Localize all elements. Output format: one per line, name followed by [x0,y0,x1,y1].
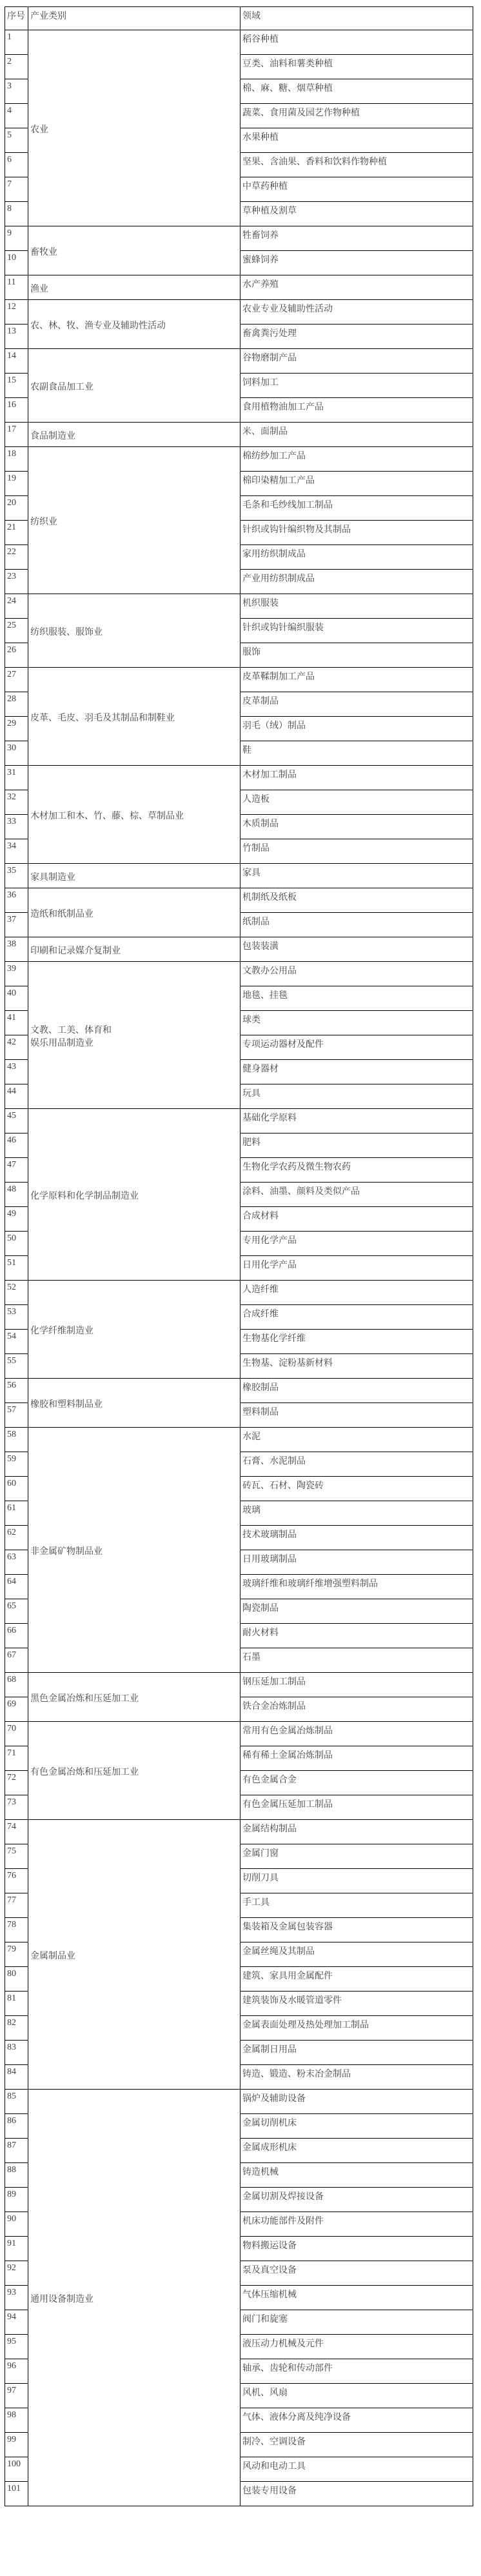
field-cell: 金属成形机床 [240,2139,473,2163]
field-cell: 米、面制品 [240,423,473,447]
serial-number-cell: 17 [5,423,28,447]
serial-number-cell: 74 [5,1820,28,1844]
field-cell: 棉、麻、糖、烟草种植 [240,79,473,104]
table-row: 58非金属矿物制品业水泥 [5,1428,473,1452]
field-cell: 技术玻璃制品 [240,1526,473,1550]
serial-number-cell: 59 [5,1452,28,1477]
serial-number-cell: 83 [5,2041,28,2065]
field-cell: 生物基、淀粉基新材料 [240,1354,473,1379]
serial-number-cell: 42 [5,1035,28,1060]
serial-number-cell: 31 [5,766,28,790]
field-cell: 包装装潢 [240,937,473,962]
column-header-industry-category: 产业类别 [28,7,240,30]
serial-number-cell: 25 [5,619,28,643]
serial-number-cell: 56 [5,1379,28,1403]
serial-number-cell: 10 [5,251,28,275]
field-cell: 玻璃纤维和玻璃纤维增强塑料制品 [240,1575,473,1599]
serial-number-cell: 51 [5,1256,28,1281]
field-cell: 金属切割及焊接设备 [240,2188,473,2212]
serial-number-cell: 14 [5,349,28,374]
serial-number-cell: 6 [5,153,28,177]
industry-category-cell: 通用设备制造业 [28,2090,240,2506]
table-row: 1农业稻谷种植 [5,30,473,55]
table-row: 68黑色金属冶炼和压延加工业钢压延加工制品 [5,1673,473,1697]
serial-number-cell: 16 [5,398,28,423]
field-cell: 球类 [240,1011,473,1035]
industry-category-cell: 印刷和记录媒介复制业 [28,937,240,962]
serial-number-cell: 32 [5,790,28,815]
column-header-serial-number: 序号 [5,7,28,30]
industry-category-table: 序号 产业类别 领域 1农业稻谷种植2豆类、油料和薯类种植3棉、麻、糖、烟草种植… [5,6,473,2506]
serial-number-cell: 77 [5,1893,28,1918]
industry-category-cell: 食品制造业 [28,423,240,447]
field-cell: 有色金属压延加工制品 [240,1795,473,1820]
field-cell: 人造板 [240,790,473,815]
field-cell: 水产养殖 [240,275,473,300]
field-cell: 棉印染精加工产品 [240,472,473,496]
serial-number-cell: 54 [5,1330,28,1354]
serial-number-cell: 101 [5,2482,28,2506]
table-row: 17食品制造业米、面制品 [5,423,473,447]
field-cell: 物料搬运设备 [240,2237,473,2261]
industry-category-cell: 纺织服装、服饰业 [28,594,240,668]
serial-number-cell: 4 [5,104,28,128]
field-cell: 合成纤维 [240,1305,473,1330]
serial-number-cell: 41 [5,1011,28,1035]
field-cell: 金属丝绳及其制品 [240,1942,473,1967]
field-cell: 农业专业及辅助性活动 [240,300,473,324]
field-cell: 专项运动器材及配件 [240,1035,473,1060]
field-cell: 基础化学原料 [240,1109,473,1133]
serial-number-cell: 91 [5,2237,28,2261]
industry-category-cell: 化学原料和化学制品制造业 [28,1109,240,1281]
serial-number-cell: 20 [5,496,28,521]
field-cell: 地毯、挂毯 [240,986,473,1011]
serial-number-cell: 19 [5,472,28,496]
industry-category-cell: 农副食品加工业 [28,349,240,423]
industry-category-cell: 渔业 [28,275,240,300]
industry-category-cell: 农、林、牧、渔专业及辅助性活动 [28,300,240,349]
field-cell: 液压动力机械及元件 [240,2335,473,2359]
field-cell: 木材加工制品 [240,766,473,790]
serial-number-cell: 45 [5,1109,28,1133]
serial-number-cell: 33 [5,815,28,839]
field-cell: 食用植物油加工产品 [240,398,473,423]
field-cell: 石墨 [240,1648,473,1673]
serial-number-cell: 12 [5,300,28,324]
serial-number-cell: 15 [5,374,28,398]
table-row: 14农副食品加工业谷物磨制产品 [5,349,473,374]
field-cell: 产业用纺织制成品 [240,570,473,594]
table-row: 24纺织服装、服饰业机织服装 [5,594,473,619]
field-cell: 纸制品 [240,913,473,937]
field-cell: 制冷、空调设备 [240,2433,473,2457]
field-cell: 耐火材料 [240,1624,473,1648]
serial-number-cell: 46 [5,1133,28,1158]
serial-number-cell: 90 [5,2212,28,2237]
table-row: 45化学原料和化学制品制造业基础化学原料 [5,1109,473,1133]
serial-number-cell: 72 [5,1771,28,1795]
serial-number-cell: 36 [5,888,28,913]
field-cell: 铸造机械 [240,2163,473,2188]
serial-number-cell: 65 [5,1599,28,1624]
field-cell: 人造纤维 [240,1281,473,1305]
field-cell: 家具 [240,864,473,888]
serial-number-cell: 49 [5,1207,28,1232]
field-cell: 铸造、锻造、粉末冶金制品 [240,2065,473,2090]
table-row: 35家具制造业家具 [5,864,473,888]
field-cell: 豆类、油料和薯类种植 [240,55,473,79]
field-cell: 金属切削机床 [240,2114,473,2139]
field-cell: 阀门和旋塞 [240,2310,473,2335]
field-cell: 切削刀具 [240,1869,473,1893]
field-cell: 水果种植 [240,128,473,153]
field-cell: 皮革制品 [240,692,473,717]
serial-number-cell: 97 [5,2384,28,2408]
serial-number-cell: 81 [5,1992,28,2016]
serial-number-cell: 58 [5,1428,28,1452]
serial-number-cell: 82 [5,2016,28,2041]
serial-number-cell: 85 [5,2090,28,2114]
serial-number-cell: 89 [5,2188,28,2212]
serial-number-cell: 98 [5,2408,28,2433]
table-row: 18纺织业棉纺纱加工产品 [5,447,473,472]
field-cell: 机制纸及纸板 [240,888,473,913]
serial-number-cell: 50 [5,1232,28,1256]
serial-number-cell: 67 [5,1648,28,1673]
serial-number-cell: 57 [5,1403,28,1428]
field-cell: 气体、液体分离及纯净设备 [240,2408,473,2433]
table-row: 52化学纤维制造业人造纤维 [5,1281,473,1305]
field-cell: 畜禽粪污处理 [240,324,473,349]
industry-category-cell: 畜牧业 [28,226,240,275]
field-cell: 专用化学产品 [240,1232,473,1256]
serial-number-cell: 79 [5,1942,28,1967]
serial-number-cell: 5 [5,128,28,153]
serial-number-cell: 21 [5,521,28,545]
industry-category-cell: 文教、工美、体育和 娱乐用品制造业 [28,962,240,1109]
serial-number-cell: 27 [5,668,28,692]
field-cell: 坚果、含油果、香料和饮料作物种植 [240,153,473,177]
serial-number-cell: 34 [5,839,28,864]
industry-category-cell: 造纸和纸制品业 [28,888,240,937]
field-cell: 建筑、家具用金属配件 [240,1967,473,1992]
serial-number-cell: 96 [5,2359,28,2384]
table-row: 74金属制品业金属结构制品 [5,1820,473,1844]
field-cell: 建筑装饰及水暖管道零件 [240,1992,473,2016]
serial-number-cell: 44 [5,1084,28,1109]
serial-number-cell: 11 [5,275,28,300]
serial-number-cell: 63 [5,1550,28,1575]
serial-number-cell: 29 [5,717,28,741]
serial-number-cell: 1 [5,30,28,55]
field-cell: 针织或钩针编织服装 [240,619,473,643]
serial-number-cell: 99 [5,2433,28,2457]
field-cell: 针织或钩针编织物及其制品 [240,521,473,545]
field-cell: 肥料 [240,1133,473,1158]
field-cell: 木质制品 [240,815,473,839]
table-row: 85通用设备制造业锅炉及辅助设备 [5,2090,473,2114]
field-cell: 集装箱及金属包装容器 [240,1918,473,1942]
field-cell: 风机、风扇 [240,2384,473,2408]
serial-number-cell: 55 [5,1354,28,1379]
serial-number-cell: 71 [5,1746,28,1771]
field-cell: 蔬菜、食用菌及园艺作物种植 [240,104,473,128]
industry-category-cell: 纺织业 [28,447,240,594]
serial-number-cell: 9 [5,226,28,251]
header-row: 序号 产业类别 领域 [5,7,473,30]
industry-category-cell: 家具制造业 [28,864,240,888]
field-cell: 手工具 [240,1893,473,1918]
field-cell: 金属结构制品 [240,1820,473,1844]
serial-number-cell: 95 [5,2335,28,2359]
serial-number-cell: 24 [5,594,28,619]
serial-number-cell: 64 [5,1575,28,1599]
field-cell: 钢压延加工制品 [240,1673,473,1697]
table-row: 11渔业水产养殖 [5,275,473,300]
field-cell: 日用玻璃制品 [240,1550,473,1575]
serial-number-cell: 52 [5,1281,28,1305]
field-cell: 日用化学产品 [240,1256,473,1281]
table-row: 70有色金属冶炼和压延加工业常用有色金属冶炼制品 [5,1722,473,1746]
serial-number-cell: 66 [5,1624,28,1648]
serial-number-cell: 22 [5,545,28,570]
serial-number-cell: 69 [5,1697,28,1722]
serial-number-cell: 43 [5,1060,28,1084]
field-cell: 气体压缩机械 [240,2286,473,2310]
serial-number-cell: 62 [5,1526,28,1550]
field-cell: 锅炉及辅助设备 [240,2090,473,2114]
industry-category-cell: 皮革、毛皮、羽毛及其制品和制鞋业 [28,668,240,766]
field-cell: 合成材料 [240,1207,473,1232]
serial-number-cell: 48 [5,1183,28,1207]
field-cell: 风动和电动工具 [240,2457,473,2482]
serial-number-cell: 60 [5,1477,28,1501]
field-cell: 健身器材 [240,1060,473,1084]
table-row: 12农、林、牧、渔专业及辅助性活动农业专业及辅助性活动 [5,300,473,324]
field-cell: 塑料制品 [240,1403,473,1428]
serial-number-cell: 53 [5,1305,28,1330]
field-cell: 生物化学农药及微生物农药 [240,1158,473,1183]
serial-number-cell: 78 [5,1918,28,1942]
field-cell: 稀有稀土金属冶炼制品 [240,1746,473,1771]
industry-category-cell: 木材加工和木、竹、藤、棕、草制品业 [28,766,240,864]
serial-number-cell: 75 [5,1844,28,1869]
table-row: 31木材加工和木、竹、藤、棕、草制品业木材加工制品 [5,766,473,790]
field-cell: 机床功能部件及附件 [240,2212,473,2237]
field-cell: 金属表面处理及热处理加工制品 [240,2016,473,2041]
serial-number-cell: 70 [5,1722,28,1746]
table-row: 39文教、工美、体育和 娱乐用品制造业文教办公用品 [5,962,473,986]
industry-category-cell: 农业 [28,30,240,226]
field-cell: 涂料、油墨、颜料及类似产品 [240,1183,473,1207]
serial-number-cell: 8 [5,202,28,226]
industry-category-cell: 化学纤维制造业 [28,1281,240,1379]
serial-number-cell: 76 [5,1869,28,1893]
field-cell: 轴承、齿轮和传动部件 [240,2359,473,2384]
serial-number-cell: 7 [5,177,28,202]
industry-category-cell: 金属制品业 [28,1820,240,2090]
table-row: 9畜牧业牲畜饲养 [5,226,473,251]
serial-number-cell: 88 [5,2163,28,2188]
field-cell: 金属门窗 [240,1844,473,1869]
field-cell: 饲料加工 [240,374,473,398]
serial-number-cell: 100 [5,2457,28,2482]
field-cell: 稻谷种植 [240,30,473,55]
field-cell: 陶瓷制品 [240,1599,473,1624]
field-cell: 泵及真空设备 [240,2261,473,2286]
field-cell: 草种植及割草 [240,202,473,226]
field-cell: 玩具 [240,1084,473,1109]
serial-number-cell: 94 [5,2310,28,2335]
table-row: 38印刷和记录媒介复制业包装装潢 [5,937,473,962]
serial-number-cell: 47 [5,1158,28,1183]
serial-number-cell: 61 [5,1501,28,1526]
serial-number-cell: 38 [5,937,28,962]
serial-number-cell: 73 [5,1795,28,1820]
serial-number-cell: 2 [5,55,28,79]
field-cell: 羽毛（绒）制品 [240,717,473,741]
column-header-field: 领域 [240,7,473,30]
field-cell: 生物基化学纤维 [240,1330,473,1354]
field-cell: 铁合金冶炼制品 [240,1697,473,1722]
serial-number-cell: 87 [5,2139,28,2163]
serial-number-cell: 13 [5,324,28,349]
field-cell: 金属制日用品 [240,2041,473,2065]
field-cell: 牲畜饲养 [240,226,473,251]
serial-number-cell: 92 [5,2261,28,2286]
field-cell: 砖瓦、石材、陶瓷砖 [240,1477,473,1501]
field-cell: 竹制品 [240,839,473,864]
serial-number-cell: 86 [5,2114,28,2139]
field-cell: 皮革鞣制加工产品 [240,668,473,692]
serial-number-cell: 3 [5,79,28,104]
industry-category-cell: 橡胶和塑料制品业 [28,1379,240,1428]
field-cell: 橡胶制品 [240,1379,473,1403]
serial-number-cell: 40 [5,986,28,1011]
field-cell: 玻璃 [240,1501,473,1526]
field-cell: 家用纺织制成品 [240,545,473,570]
serial-number-cell: 28 [5,692,28,717]
serial-number-cell: 30 [5,741,28,766]
serial-number-cell: 93 [5,2286,28,2310]
field-cell: 包装专用设备 [240,2482,473,2506]
serial-number-cell: 80 [5,1967,28,1992]
field-cell: 机织服装 [240,594,473,619]
serial-number-cell: 35 [5,864,28,888]
field-cell: 鞋 [240,741,473,766]
field-cell: 毛条和毛纱线加工制品 [240,496,473,521]
table-row: 56橡胶和塑料制品业橡胶制品 [5,1379,473,1403]
serial-number-cell: 39 [5,962,28,986]
serial-number-cell: 26 [5,643,28,668]
field-cell: 谷物磨制产品 [240,349,473,374]
field-cell: 文教办公用品 [240,962,473,986]
serial-number-cell: 84 [5,2065,28,2090]
serial-number-cell: 37 [5,913,28,937]
industry-category-cell: 黑色金属冶炼和压延加工业 [28,1673,240,1722]
serial-number-cell: 23 [5,570,28,594]
serial-number-cell: 18 [5,447,28,472]
table-row: 36造纸和纸制品业机制纸及纸板 [5,888,473,913]
field-cell: 常用有色金属冶炼制品 [240,1722,473,1746]
field-cell: 水泥 [240,1428,473,1452]
field-cell: 有色金属合金 [240,1771,473,1795]
field-cell: 中草药种植 [240,177,473,202]
field-cell: 蜜蜂饲养 [240,251,473,275]
field-cell: 石膏、水泥制品 [240,1452,473,1477]
field-cell: 棉纺纱加工产品 [240,447,473,472]
industry-category-cell: 有色金属冶炼和压延加工业 [28,1722,240,1820]
industry-category-cell: 非金属矿物制品业 [28,1428,240,1673]
field-cell: 服饰 [240,643,473,668]
table-row: 27皮革、毛皮、羽毛及其制品和制鞋业皮革鞣制加工产品 [5,668,473,692]
document-page: 序号 产业类别 领域 1农业稻谷种植2豆类、油料和薯类种植3棉、麻、糖、烟草种植… [0,0,481,2506]
serial-number-cell: 68 [5,1673,28,1697]
